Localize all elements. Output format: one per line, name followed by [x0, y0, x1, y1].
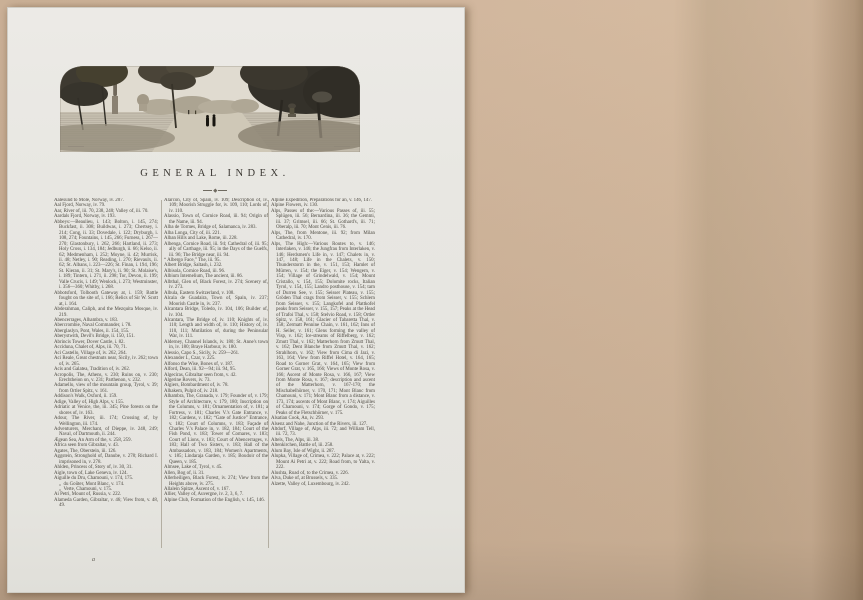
index-entry: Adventurers, Merchant, of Dieppe, iv. 24… [54, 427, 158, 438]
index-entry: Abbotsford, Tolbooth Gateway at, i. 159;… [54, 291, 158, 307]
index-entry: Alps, The High:—Various Routes to, v. 14… [271, 242, 375, 417]
book-page: GENERAL INDEX. Aalesund to Mole, Norway,… [7, 7, 465, 593]
index-entry: Aggstein, Stronghold of, Danube, v. 278;… [54, 454, 158, 465]
index-entry: Albthal, Glen of, Black Forest, iv. 274;… [164, 280, 268, 291]
index-entry: Alameda Garden, Gibraltar, v. 46; View f… [54, 498, 158, 509]
index-entry: Acropolis, The, Athens, v. 230; Ruins on… [54, 373, 158, 384]
index-entry: Allerheiligen, Black Forest, iv. 274; Vi… [164, 476, 268, 487]
index-entry: Adour, The River, iii. 174; Crossing of,… [54, 416, 158, 427]
index-entry: Adamello, view of the mountain group, Ty… [54, 383, 158, 394]
index-entry: Alupka, Village of, Crimea, v. 222; Pala… [271, 454, 375, 470]
index-entry: Alcala de Guadaira, Town of, Spain, iv. … [164, 296, 268, 307]
heading-divider-ornament [48, 189, 382, 192]
index-entry: Adriatic at Venice, the, iii. 345; Pine … [54, 405, 158, 416]
index-entry: Albenga, Cornice Road, iii. 94; Cathedra… [164, 242, 268, 258]
index-entry: Alderney, Channel Islands, iv. 180; St. … [164, 340, 268, 351]
index-entry: Abderahman, Caliph, and the Mezquita Mos… [54, 307, 158, 318]
index-entry: Alarcon, City of, Spain, iv. 109; Descri… [164, 198, 268, 214]
park-engraving-illustration [60, 56, 360, 152]
index-entry: Alps, The, from Mentone, iii. 92; from M… [271, 231, 375, 242]
index-entry: Alassio, Town of, Cornice Road, iii. 94;… [164, 214, 268, 225]
index-entry: Alcantara, The Bridge of, iv. 110; Knigh… [164, 318, 268, 340]
index-entry: Alcantara Bridge, Toledo, iv. 104, 106; … [164, 307, 268, 318]
index-column-3: Alpine Expedition, Preparations for an, … [271, 198, 375, 552]
page-title: GENERAL INDEX. [48, 168, 382, 179]
column-divider-rule [161, 200, 162, 548]
index-column-1: Aalesund to Mole, Norway, iv. 207.Aal Fj… [54, 198, 158, 552]
index-column-2: Alarcon, City of, Spain, iv. 109; Descri… [164, 198, 268, 552]
index-entry: Alpine Club, Formation of the English, v… [164, 498, 268, 503]
index-entry: Alhambra, The, Granada, v. 179; Founder … [164, 394, 268, 465]
printer-signature-mark: a [92, 557, 95, 563]
index-columns: Aalesund to Mole, Norway, iv. 207.Aal Fj… [54, 198, 376, 552]
index-entry: Abbeys:—Beaulieu, i. 143; Bolton, i. 145… [54, 220, 158, 291]
index-entry: Alba de Tormes, Bridge of, Salamanca, iv… [164, 225, 268, 230]
index-entry: Aci Reale, Great chestnuts near, Sicily,… [54, 356, 158, 367]
index-entry: Alzette, Valley of, Luxembourg, iv. 242. [271, 482, 375, 487]
index-entry: Alps, Passes of the:—Various Passes of, … [271, 209, 375, 231]
index-entry: Altdorf, Village of, Alps, iii. 72; and … [271, 427, 375, 438]
column-divider-rule [268, 200, 269, 548]
